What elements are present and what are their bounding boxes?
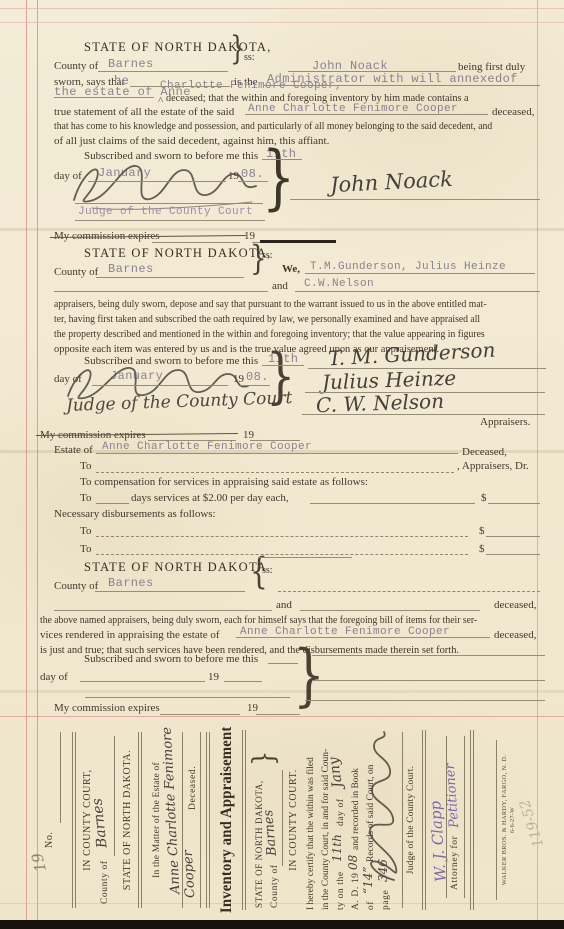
ss-label-1: ss: [244,52,255,63]
docket-court2-heading: IN COUNTY COURT. [288,722,299,918]
appraisers-dr-label: , Appraisers, Dr. [457,460,529,472]
compensation-line: To compensation for services in appraisi… [80,476,368,488]
brace-glyph: } [262,143,295,213]
blank-line [240,385,270,386]
estate-of-label: Estate of [54,444,93,456]
subscribed-line-3: Subscribed and sworn to before me this [84,653,258,665]
blank-line [295,291,540,292]
cert-line-4b: and recorded in Book [351,768,361,850]
appraiser-para-2: ter, having first taken and subscribed t… [54,313,480,325]
blank-line [310,503,475,504]
blank-line [245,114,488,115]
blank-line [262,365,304,366]
blank-line [312,680,545,681]
county-label-2: County of [54,266,98,278]
docket-judge-signature-scrawl [362,728,404,888]
blank-line [258,557,352,558]
rule-line [72,732,73,908]
days-services-line: days services at $2.00 per day each, [131,492,289,504]
scanner-edge [0,920,564,929]
blank-line [256,714,300,715]
blank-line [80,681,205,682]
blank-line [268,663,298,664]
docket-deceased-label: Deceased. [188,766,198,810]
blank-line [54,97,154,98]
rule-line [464,736,465,898]
rule-line [402,732,403,908]
cert-line-3a: ty on the [336,871,346,910]
rule-line [242,730,243,910]
dollar-sign-1: $ [481,492,487,504]
blank-line [238,181,268,182]
appraisers-label: Appraisers. [480,416,530,428]
we-label: We, [282,263,300,275]
day-of-3: day of [40,671,68,683]
blank-line [152,242,240,243]
cert-month-handwritten: Jany [326,756,346,789]
cert-year-handwritten: 08 [346,855,360,870]
rule-line [141,732,142,908]
bill-para-2: vices rendered in appraising the estate … [40,629,220,641]
appraisers-names-typed: T.M.Gunderson, Julius Heinze [310,261,506,273]
commission-year-3: 19 [247,702,258,714]
top-pink-line-1 [0,8,564,9]
appraiser-para-3: the property described and mentioned in … [54,328,485,340]
rule-line [245,730,246,910]
brace-glyph: } [250,751,279,766]
rule-line [206,732,207,908]
appraiser-para-1: appraisers, being duly sworn, depose and… [54,298,487,310]
blank-line [54,610,272,611]
rule-line [200,732,201,908]
ss-label-3: ss: [262,565,273,576]
deceased-label: Deceased, [462,446,507,458]
blank-line [160,714,240,715]
blank-line [96,277,244,278]
cert-line-5a: of [366,901,376,910]
cert-line-6a: page [381,890,391,910]
county-value-3: Barnes [108,576,154,590]
blank-line [263,85,540,86]
blank-line [75,203,263,204]
cert-line-1: I hereby certify that the within was fil… [306,757,316,910]
blank-line [488,503,540,504]
nelson-typed: C.W.Nelson [304,278,374,290]
rule-line [425,730,426,910]
pencil-note: 119-52 [517,797,547,849]
dollar-sign-3: $ [479,543,485,555]
blank-line [224,681,262,682]
blank-line [98,71,228,72]
brace-glyph: } [293,641,325,709]
blank-line [54,291,268,292]
rule-line [114,736,115,856]
docket-county-label: County of [100,860,110,904]
estate-name-typed-3: Anne Charlotte Fenimore Cooper [102,441,312,453]
dollar-sign-2: $ [479,525,485,537]
blank-line [308,368,546,369]
john-noack-signature: John Noack [329,167,453,197]
rule-line [470,730,471,910]
rule-line [209,732,210,908]
rule-line [422,730,423,910]
printer-credit-line-2: 6-6-27-W [510,722,516,918]
blank-line [92,385,228,386]
county-value-1: Barnes [108,57,154,71]
scanned-legal-document: STATE OF NORTH DAKOTA, } ss: County of B… [0,0,564,929]
left-red-guide-line [26,0,27,920]
blank-line [85,697,290,698]
brace-glyph: } [230,32,245,64]
attorney-for-label: Attorney for [450,836,460,890]
and-label-1: and [272,280,288,292]
deceased-label-3: deceased, [494,629,536,641]
county-label-1: County of [54,60,98,72]
blank-line [95,591,245,592]
to-label-4: To [80,543,91,555]
blank-line [305,700,545,701]
docket-judge-title: Judge of the County Court. [406,722,416,918]
blank-line [300,610,480,611]
blank-line [486,554,540,555]
rule-line [496,740,497,900]
true-statement-line: true statement of all the estate of the … [54,106,234,118]
to-label-1: To [80,460,91,472]
ss-label-2: ss: [262,250,273,261]
fold-crease [0,690,564,693]
docket-panel: 19 No. IN COUNTY COURT, County of Barnes… [30,722,558,918]
top-pink-line-2 [0,22,564,23]
cert-line-4a: A. D. 19 [351,872,361,910]
docket-county2-label: County of [270,864,280,908]
docket-number-label: No. [44,831,55,848]
docket-estate-name-1: Anne Charlotte Fenimore [160,727,184,895]
blank-line [96,536,468,537]
nelson-signature: C. W. Nelson [316,389,445,417]
petitioner-handwritten: Petitioner [443,763,462,829]
blank-line [96,503,129,504]
blank-line [288,71,456,72]
blank-line [262,159,302,160]
docket-number-handwritten: 19 [28,851,50,874]
judge-title-typed: Judge of the County Court [78,206,253,218]
commission-line-3: My commission expires [54,702,160,714]
docket-county2-handwritten: Barnes [261,809,280,856]
blank-line [312,655,545,656]
rule-line [60,732,61,823]
blank-line [278,591,540,592]
deceased-word: deceased, [492,106,534,118]
docket-title: Inventory and Appraisement [218,727,236,913]
blank-line [96,554,468,555]
bill-para-1: the above named appraisers, being duly s… [40,614,477,626]
blank-line [302,414,545,415]
to-label-2: To [80,492,91,504]
blank-line [305,273,535,274]
necessary-line: Necessary disbursements as follows: [54,508,216,520]
docket-state2: STATE OF NORTH DAKOTA, [254,780,264,908]
county-value-2: Barnes [108,262,154,276]
docket-estate-name-2: Cooper [181,850,198,899]
blank-line [236,637,490,638]
blank-line [75,220,265,221]
printer-credit-line-1: WALKER BROS. & HARDY, FARGO, N. D. [501,722,508,918]
cert-line-3b: day of [336,798,346,826]
blank-line [486,536,540,537]
rule-line [75,732,76,908]
brace-glyph: } [266,345,295,405]
blank-line [88,181,226,182]
deceased-label-2: deceased, [494,599,536,611]
rule-line [282,770,283,866]
rule-line [473,730,474,910]
state-heading-3: STATE OF NORTH DAKOTA [84,560,267,575]
mid-pink-fold-line [0,716,564,717]
cert-day-handwritten: 11th [330,834,344,862]
blank-line [250,440,300,441]
blank-line [130,86,230,87]
year-printed-3: 19 [208,671,219,683]
and-label-2: and [276,599,292,611]
blank-line [290,199,540,200]
to-label-3: To [80,525,91,537]
docket-state-heading: STATE OF NORTH DAKOTA. [122,722,133,918]
county-label-3: County of [54,580,98,592]
blank-line [148,440,236,441]
knowledge-line: that has come to his knowledge and posse… [54,120,492,132]
blank-line [96,453,458,454]
blank-line [305,392,545,393]
blank-line [260,240,336,243]
state-heading-2: STATE OF NORTH DAKOTA, [84,246,272,261]
blank-line [96,472,454,473]
docket-rotated-content: 19 No. IN COUNTY COURT, County of Barnes… [30,722,558,918]
rule-line [138,732,139,908]
